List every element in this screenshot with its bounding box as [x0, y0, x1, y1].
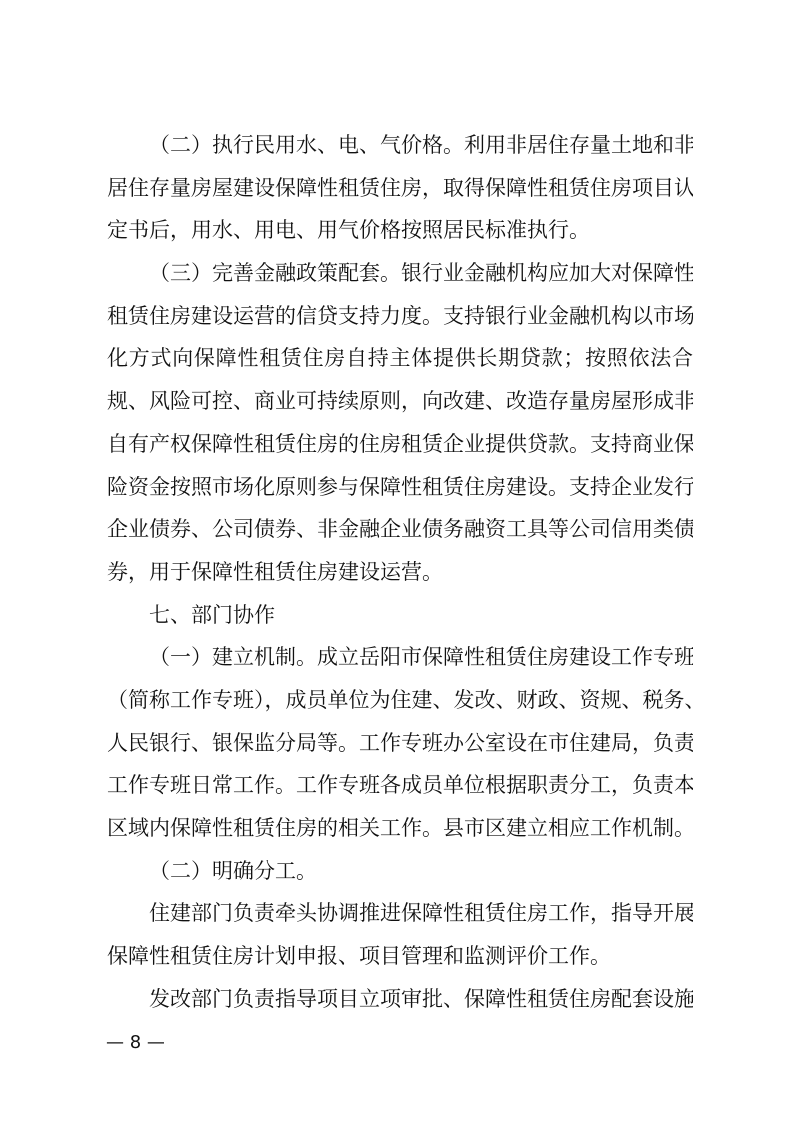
- paragraph-financial-policy: （三）完善金融政策配套。银行业金融机构应加大对保障性 租赁住房建设运营的信贷支持…: [107, 252, 693, 594]
- text-line: 工作专班日常工作。工作专班各成员单位根据职责分工，负责本: [107, 764, 693, 807]
- text-line: 券，用于保障性租赁住房建设运营。: [107, 551, 693, 594]
- text-line: 企业债券、公司债券、非金融企业债务融资工具等公司信用类债: [107, 508, 693, 551]
- paragraph-utility-pricing: （二）执行民用水、电、气价格。利用非居住存量土地和非 居住存量房屋建设保障性租赁…: [107, 124, 693, 252]
- section-heading-department-cooperation: 七、部门协作: [107, 594, 693, 637]
- text-line: （一）建立机制。成立岳阳市保障性租赁住房建设工作专班: [107, 636, 693, 679]
- text-line: 险资金按照市场化原则参与保障性租赁住房建设。支持企业发行: [107, 466, 693, 509]
- text-line: 区域内保障性租赁住房的相关工作。县市区建立相应工作机制。: [107, 807, 693, 850]
- text-line: 居住存量房屋建设保障性租赁住房，取得保障性租赁住房项目认: [107, 167, 693, 210]
- text-line: 自有产权保障性租赁住房的住房租赁企业提供贷款。支持商业保: [107, 423, 693, 466]
- paragraph-establish-mechanism: （一）建立机制。成立岳阳市保障性租赁住房建设工作专班 （简称工作专班），成员单位…: [107, 636, 693, 849]
- text-line: 定书后，用水、用电、用气价格按照居民标准执行。: [107, 209, 693, 252]
- paragraph-housing-department: 住建部门负责牵头协调推进保障性租赁住房工作，指导开展 保障性租赁住房计划申报、项…: [107, 892, 693, 977]
- text-line: （简称工作专班），成员单位为住建、发改、财政、资规、税务、: [107, 679, 693, 722]
- text-line: 租赁住房建设运营的信贷支持力度。支持银行业金融机构以市场: [107, 295, 693, 338]
- section-heading: 七、部门协作: [107, 594, 693, 637]
- text-line: 规、风险可控、商业可持续原则，向改建、改造存量房屋形成非: [107, 380, 693, 423]
- text-line: 发改部门负责指导项目立项审批、保障性租赁住房配套设施: [107, 978, 693, 1021]
- subheading: （二）明确分工。: [107, 850, 693, 893]
- body-text: （二）执行民用水、电、气价格。利用非居住存量土地和非 居住存量房屋建设保障性租赁…: [107, 124, 693, 1020]
- paragraph-development-reform-department: 发改部门负责指导项目立项审批、保障性租赁住房配套设施: [107, 978, 693, 1021]
- subheading-clarify-division: （二）明确分工。: [107, 850, 693, 893]
- text-line: 化方式向保障性租赁住房自持主体提供长期贷款；按照依法合: [107, 337, 693, 380]
- text-line: （二）执行民用水、电、气价格。利用非居住存量土地和非: [107, 124, 693, 167]
- page-number: — 8 —: [106, 1031, 165, 1055]
- text-line: （三）完善金融政策配套。银行业金融机构应加大对保障性: [107, 252, 693, 295]
- text-line: 住建部门负责牵头协调推进保障性租赁住房工作，指导开展: [107, 892, 693, 935]
- document-page: （二）执行民用水、电、气价格。利用非居住存量土地和非 居住存量房屋建设保障性租赁…: [0, 0, 793, 1122]
- text-line: 保障性租赁住房计划申报、项目管理和监测评价工作。: [107, 935, 693, 978]
- text-line: 人民银行、银保监分局等。工作专班办公室设在市住建局，负责: [107, 722, 693, 765]
